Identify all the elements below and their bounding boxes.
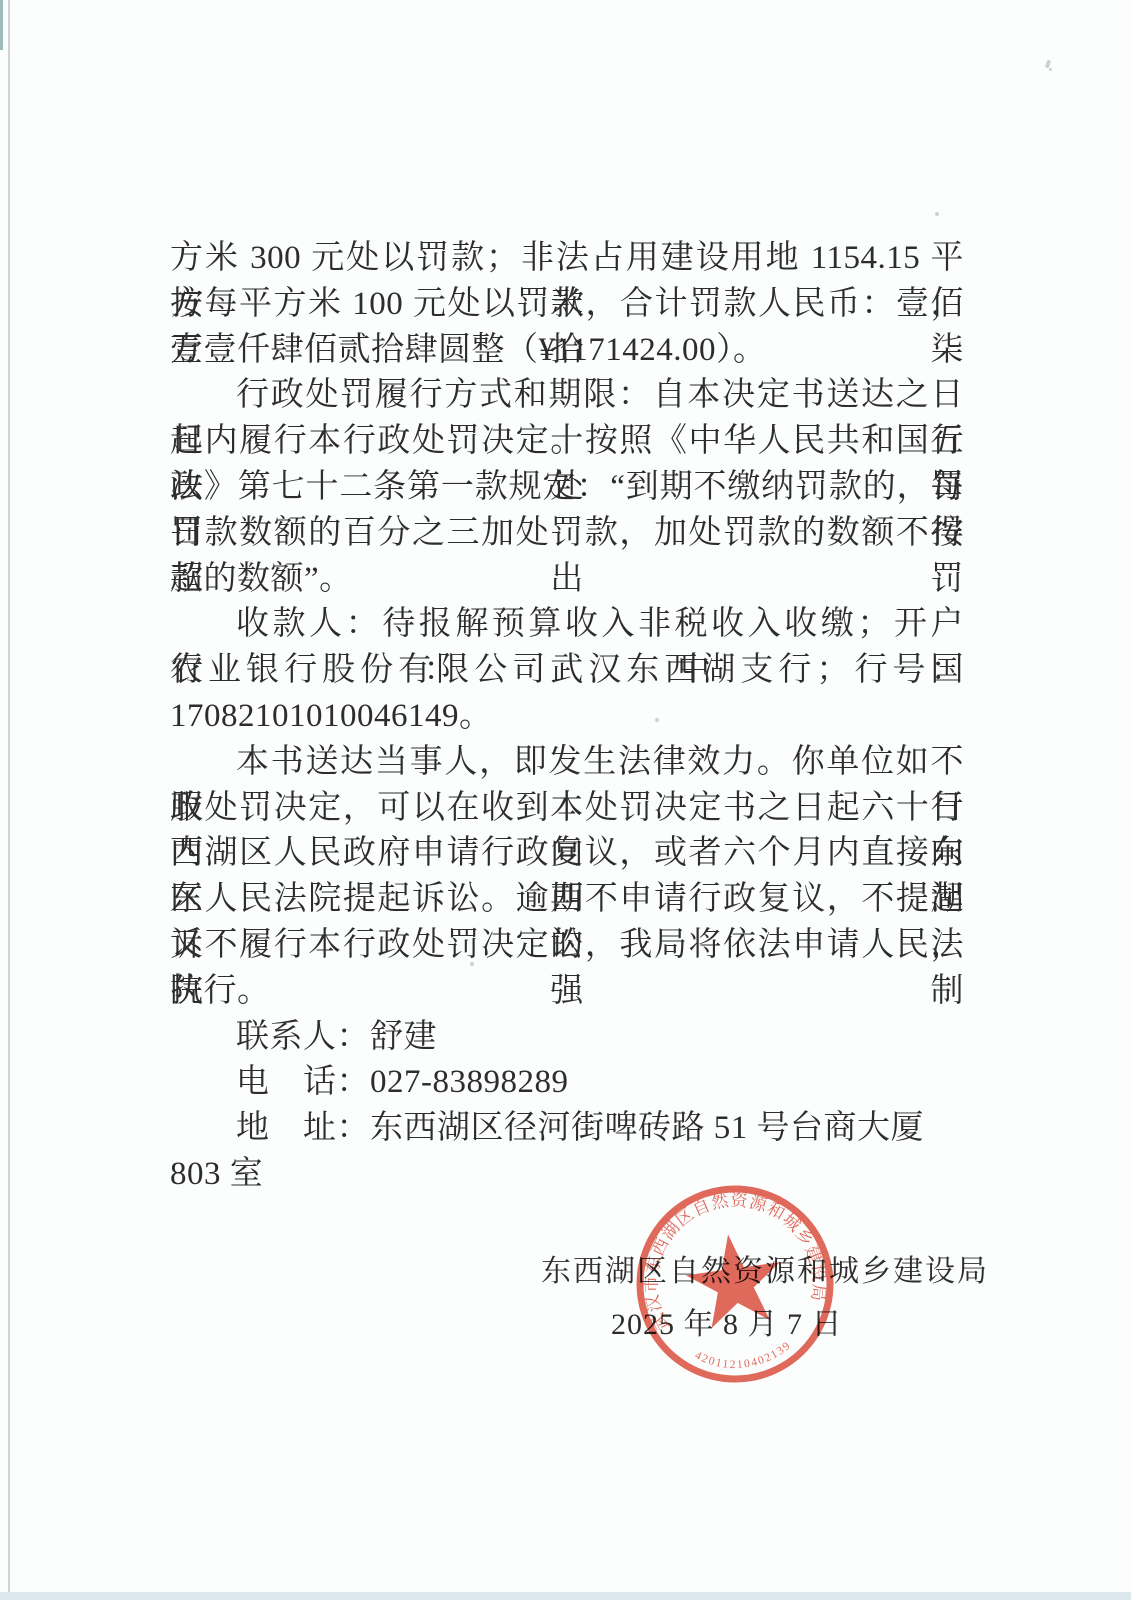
official-seal: 武汉市东西湖区自然资源和城乡建设局 42011210402139 — [611, 1160, 859, 1408]
text-line: 按每平方米 100 元处以罚款，合计罚款人民币：壹佰壹拾柒 — [170, 282, 964, 328]
text-line: 西湖区人民政府申请行政复议，或者六个月内直接向东西湖 — [170, 831, 964, 877]
text-line: 法》第七十二条第一款规定：“到期不缴纳罚款的，每日按 — [170, 465, 964, 511]
scan-edge-line — [8, 0, 10, 1600]
text-line: 罚款数额的百分之三加处罚款，加处罚款的数额不得超出罚 — [170, 511, 964, 557]
text-line: 日内履行本行政处罚决定。按照《中华人民共和国行政处罚 — [170, 419, 964, 465]
scan-speck — [1049, 68, 1052, 71]
scanned-document-page: 方米 300 元处以罚款；非法占用建设用地 1154.15 平方米， 按每平方米… — [0, 0, 1131, 1600]
scan-corner-mark — [0, 0, 3, 50]
document-body: 方米 300 元处以罚款；非法占用建设用地 1154.15 平方米， 按每平方米… — [170, 236, 964, 1152]
text-line: 方米 300 元处以罚款；非法占用建设用地 1154.15 平方米， — [170, 236, 964, 282]
contact-phone-line: 电 话：027-83898289 — [170, 1060, 964, 1106]
text-line: 收款人：待报解预算收入非税收入收缴；开户行：中国 — [170, 602, 964, 648]
contact-address-line: 地 址：东西湖区径河街啤砖路 51 号台商大厦 803 室 — [170, 1106, 964, 1152]
bank-account-line: 17082101010046149。 — [170, 694, 964, 740]
contact-person-line: 联系人：舒建 — [170, 1015, 964, 1061]
text-line: 本书送达当事人，即发生法律效力。你单位如不服本行 — [170, 740, 964, 786]
text-line: 农业银行股份有限公司武汉东西湖支行；行号： — [170, 648, 964, 694]
text-line: 区人民法院提起诉讼。逾期不申请行政复议，不提起诉讼， — [170, 877, 964, 923]
scan-bottom-shadow — [0, 1592, 1131, 1600]
text-line: 政处罚决定，可以在收到本处罚决定书之日起六十日内向东 — [170, 786, 964, 832]
text-line: 又不履行本行政处罚决定的，我局将依法申请人民法院强制 — [170, 923, 964, 969]
seal-star-icon — [681, 1228, 788, 1331]
scan-speck — [935, 212, 939, 216]
text-line: 行政处罚履行方式和期限：自本决定书送达之日起十五 — [170, 373, 964, 419]
